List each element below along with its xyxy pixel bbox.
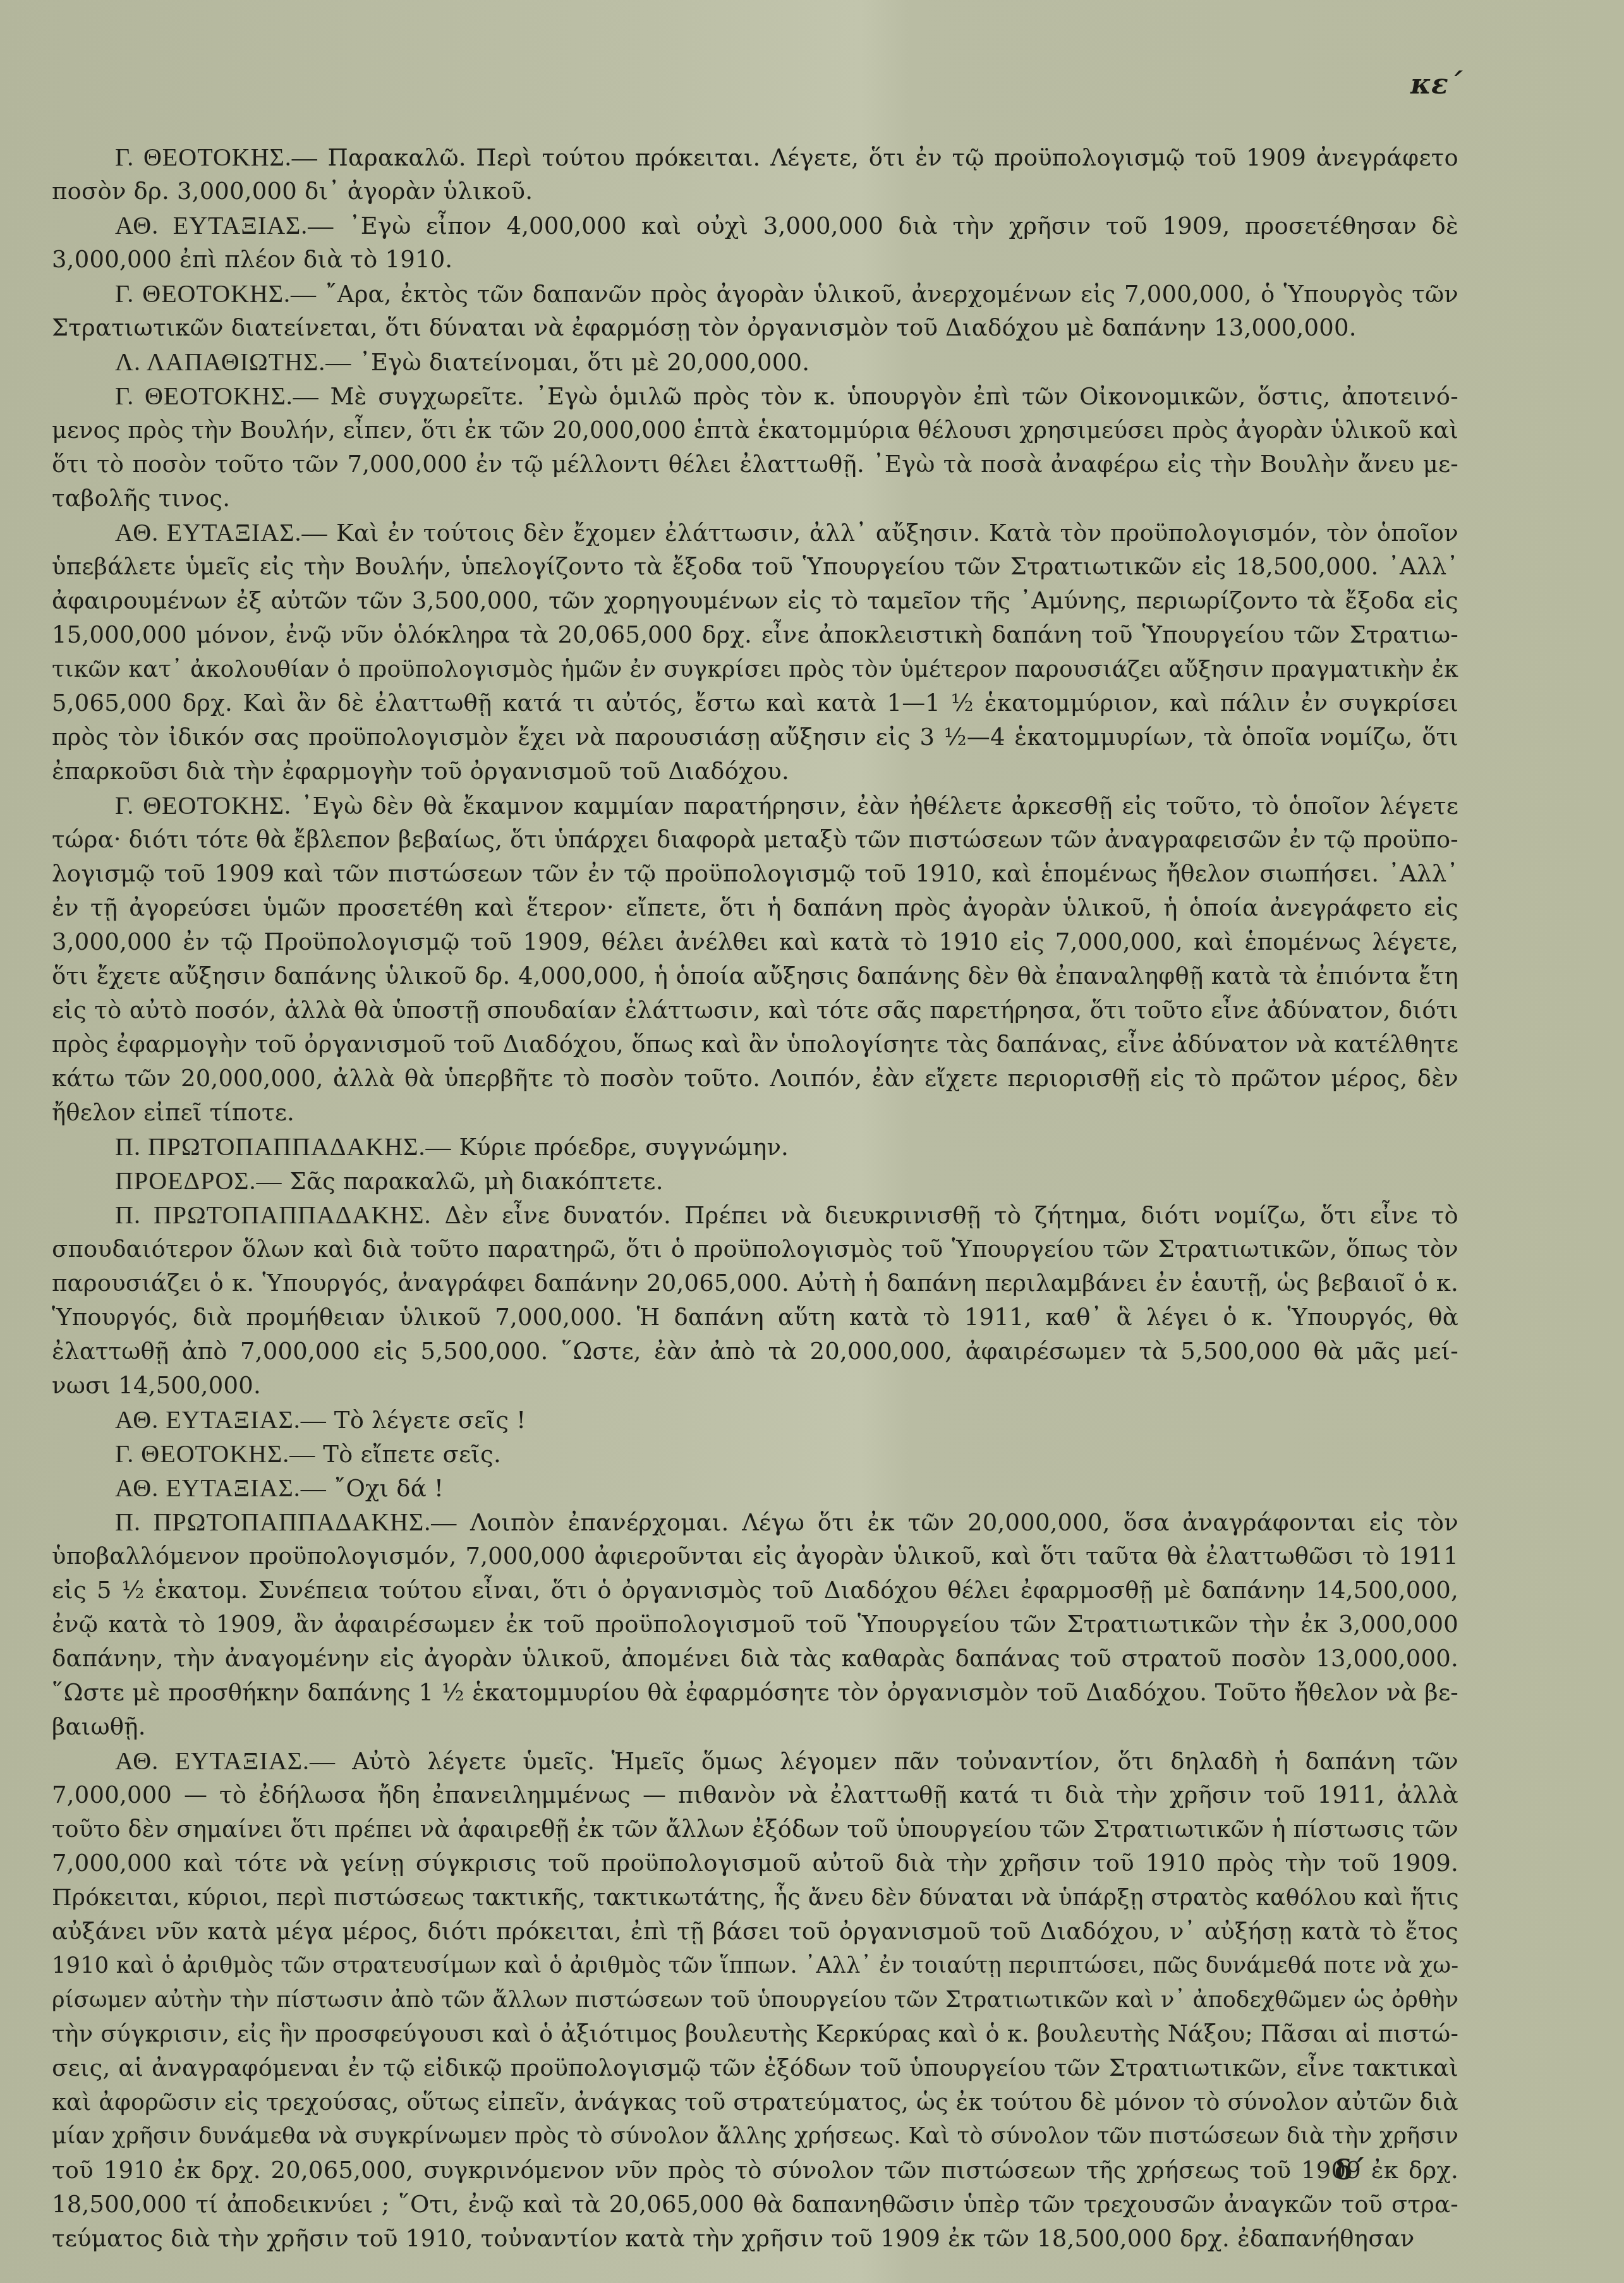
text-line: Γ. ΘΕΟΤΟΚΗΣ.— Μὲ συγχωρεῖτε. ᾿Εγὼ ὁμιλῶ … xyxy=(52,379,1458,413)
line-text: 7,000,000 — τὸ ἐδήλωσα ἤδη ἐπανειλημμένω… xyxy=(52,1781,1458,1808)
text-line: ὑποβαλλόμενον προϋπολογισμόν, 7,000,000 … xyxy=(52,1539,1458,1573)
line-text: κάτω τῶν 20,000,000, ἀλλὰ θὰ ὑπερβῆτε τὸ… xyxy=(52,1065,1458,1092)
text-line: λογισμῷ τοῦ 1909 καὶ τῶν πιστώσεων τῶν ἐ… xyxy=(52,857,1458,891)
text-line: ὅτι ἔχετε αὔξησιν δαπάνης ὑλικοῦ δρ. 4,0… xyxy=(52,959,1458,993)
text-line: ἐν τῇ ἀγορεύσει ὑμῶν προσετέθη καὶ ἕτερο… xyxy=(52,891,1458,925)
text-line: ὑπεβάλετε ὑμεῖς εἰς τὴν Βουλήν, ὑπελογίζ… xyxy=(52,550,1458,584)
speech-paragraph: Γ. ΘΕΟΤΟΚΗΣ.— Τὸ εἴπετε σεῖς. xyxy=(52,1437,1458,1471)
text-line: σεις, αἱ ἀναγραφόμεναι ἐν τῷ εἰδικῷ προϋ… xyxy=(52,2051,1458,2085)
line-text: 15,000,000 μόνον, ἐνῷ νῦν ὁλόκληρα τὰ 20… xyxy=(52,621,1458,648)
line-text: ἐνῷ κατὰ τὸ 1909, ἂν ἀφαιρέσωμεν ἐκ τοῦ … xyxy=(52,1611,1458,1638)
line-text: Ὑπουργός, διὰ προμήθειαν ὑλικοῦ 7,000,00… xyxy=(52,1304,1458,1331)
line-text: ὅτι τὸ ποσὸν τοῦτο τῶν 7,000,000 ἐν τῷ μ… xyxy=(52,451,1458,478)
speaker-name: ΑΘ. ΕΥΤΑΞΙΑΣ.— xyxy=(115,211,334,239)
line-text: σεις, αἱ ἀναγραφόμεναι ἐν τῷ εἰδικῷ προϋ… xyxy=(52,2054,1458,2081)
speech-paragraph: ΑΘ. ΕΥΤΑΞΙΑΣ.— ῎Οχι δά ! xyxy=(52,1471,1458,1505)
line-text: τοῦ 1910 ἐκ δρχ. 20,065,000, συγκρινόμεν… xyxy=(52,2157,1458,2184)
line-text: εἰς 5 ½ ἑκατομ. Συνέπεια τούτου εἶναι, ὅ… xyxy=(52,1577,1458,1604)
line-text: νωσι 14,500,000. xyxy=(52,1372,261,1399)
speech-paragraph: Π. ΠΡΩΤΟΠΑΠΠΑΔΑΚΗΣ. Δὲν εἶνε δυνατόν. Πρ… xyxy=(52,1198,1458,1403)
line-text: ᾿Εγὼ εἶπον 4,000,000 καὶ οὐχὶ 3,000,000 … xyxy=(349,212,1458,239)
line-text: τεύματος διὰ τὴν χρῆσιν τοῦ 1910, τοὐναν… xyxy=(52,2225,1415,2252)
line-text: Κύριε πρόεδρε, συγγνώμην. xyxy=(459,1134,789,1161)
page-number: κε΄ xyxy=(1410,68,1462,100)
text-line: μίαν χρῆσιν δυνάμεθα νὰ συγκρίνωμεν πρὸς… xyxy=(52,2119,1458,2153)
line-text: Παρακαλῶ. Περὶ τούτου πρόκειται. Λέγετε,… xyxy=(327,144,1458,171)
text-line: μενος πρὸς τὴν Βουλήν, εἶπεν, ὅτι ἐκ τῶν… xyxy=(52,413,1458,447)
text-line: αὐξάνει νῦν κατὰ μέγα μέρος, διότι πρόκε… xyxy=(52,1915,1458,1949)
text-line: Στρατιωτικῶν διατείνεται, ὅτι δύναται νὰ… xyxy=(52,311,1458,345)
text-line: ἐλαττωθῇ ἀπὸ 7,000,000 εἰς 5,500,000. ῞Ω… xyxy=(52,1335,1458,1369)
text-line: κάτω τῶν 20,000,000, ἀλλὰ θὰ ὑπερβῆτε τὸ… xyxy=(52,1062,1458,1096)
line-text: 5,065,000 δρχ. Καὶ ἂν δὲ ἐλαττωθῇ κατά τ… xyxy=(52,689,1458,717)
line-text: Αὐτὸ λέγετε ὑμεῖς. Ἡμεῖς ὅμως λέγομεν πᾶ… xyxy=(352,1748,1458,1775)
line-text: ἀφαιρουμένων ἐξ αὐτῶν τῶν 3,500,000, τῶν… xyxy=(52,587,1458,614)
line-text: τὴν σύγκρισιν, εἰς ἣν προσφεύγουσι καὶ ὁ… xyxy=(52,2020,1458,2047)
line-text: 3,000,000 ἐπὶ πλέον διὰ τὸ 1910. xyxy=(52,246,452,273)
text-line: ΠΡΟΕΔΡΟΣ.— Σᾶς παρακαλῶ, μὴ διακόπτετε. xyxy=(52,1164,1458,1198)
text-line: ταβολῆς τινος. xyxy=(52,481,1458,516)
speaker-name: Λ. ΛΑΠΑΘΙΩΤΗΣ.— xyxy=(115,348,351,376)
text-line: ποσὸν δρ. 3,000,000 δι᾿ ἀγορὰν ὑλικοῦ. xyxy=(52,174,1458,209)
line-text: παρουσιάζει ὁ κ. Ὑπουργός, ἀναγράφει δαπ… xyxy=(52,1269,1458,1297)
text-line: σπουδαιότερον ὅλων καὶ διὰ τοῦτο παρατηρ… xyxy=(52,1232,1458,1266)
text-line: 15,000,000 μόνον, ἐνῷ νῦν ὁλόκληρα τὰ 20… xyxy=(52,618,1458,652)
line-text: Μὲ συγχωρεῖτε. ᾿Εγὼ ὁμιλῶ πρὸς τὸν κ. ὑπ… xyxy=(330,383,1459,410)
text-line: εἰς 5 ½ ἑκατομ. Συνέπεια τούτου εἶναι, ὅ… xyxy=(52,1573,1458,1608)
text-line: ΑΘ. ΕΥΤΑΞΙΑΣ.— Καὶ ἐν τούτοις δὲν ἔχομεν… xyxy=(52,516,1458,550)
text-line: Γ. ΘΕΟΤΟΚΗΣ.— ῎Αρα, ἐκτὸς τῶν δαπανῶν πρ… xyxy=(52,277,1458,311)
line-text: ἐλαττωθῇ ἀπὸ 7,000,000 εἰς 5,500,000. ῞Ω… xyxy=(52,1338,1458,1365)
speech-paragraph: ΑΘ. ΕΥΤΑΞΙΑΣ.— Τὸ λέγετε σεῖς ! xyxy=(52,1403,1458,1437)
line-text: ᾿Εγὼ διατείνομαι, ὅτι μὲ 20,000,000. xyxy=(359,349,809,376)
text-line: εἰς τὸ αὐτὸ ποσόν, ἀλλὰ θὰ ὑποστῇ σπουδα… xyxy=(52,993,1458,1027)
line-text: πρὸς ἐφαρμογὴν τοῦ ὀργανισμοῦ τοῦ Διαδόχ… xyxy=(52,1031,1458,1058)
signature-mark: δ΄ xyxy=(1335,2155,1366,2186)
speaker-name: Π. ΠΡΩΤΟΠΑΠΠΑΔΑΚΗΣ.— xyxy=(115,1508,457,1536)
text-line: καὶ ἀφορῶσιν εἰς τρεχούσας, οὕτως εἰπεῖν… xyxy=(52,2085,1458,2119)
line-text: ἤθελον εἰπεῖ τίποτε. xyxy=(52,1099,294,1126)
speech-paragraph: Π. ΠΡΩΤΟΠΑΠΠΑΔΑΚΗΣ.— Λοιπὸν ἐπανέρχομαι.… xyxy=(52,1505,1458,1744)
line-text: ὅτι ἔχετε αὔξησιν δαπάνης ὑλικοῦ δρ. 4,0… xyxy=(52,962,1458,990)
speaker-name: ΑΘ. ΕΥΤΑΞΙΑΣ.— xyxy=(115,1405,327,1434)
line-text: καὶ ἀφορῶσιν εἰς τρεχούσας, οὕτως εἰπεῖν… xyxy=(52,2088,1458,2116)
line-text: εἰς τὸ αὐτὸ ποσόν, ἀλλὰ θὰ ὑποστῇ σπουδα… xyxy=(52,996,1458,1024)
text-line: παρουσιάζει ὁ κ. Ὑπουργός, ἀναγράφει δαπ… xyxy=(52,1266,1458,1300)
line-text: Καὶ ἐν τούτοις δὲν ἔχομεν ἐλάττωσιν, ἀλλ… xyxy=(336,519,1458,547)
text-line: τοῦτο δὲν σημαίνει ὅτι πρέπει νὰ ἀφαιρεθ… xyxy=(52,1812,1458,1846)
text-line: τοῦ 1910 ἐκ δρχ. 20,065,000, συγκρινόμεν… xyxy=(52,2153,1458,2188)
line-text: ποσὸν δρ. 3,000,000 δι᾿ ἀγορὰν ὑλικοῦ. xyxy=(52,178,533,205)
line-text: Λοιπὸν ἐπανέρχομαι. Λέγω ὅτι ἐκ τῶν 20,0… xyxy=(470,1509,1458,1536)
line-text: ταβολῆς τινος. xyxy=(52,485,230,512)
document-body: Γ. ΘΕΟΤΟΚΗΣ.— Παρακαλῶ. Περὶ τούτου πρόκ… xyxy=(52,140,1458,2256)
line-text: λογισμῷ τοῦ 1909 καὶ τῶν πιστώσεων τῶν ἐ… xyxy=(52,860,1458,887)
text-line: πρὸς ἐφαρμογὴν τοῦ ὀργανισμοῦ τοῦ Διαδόχ… xyxy=(52,1027,1458,1062)
speech-paragraph: Γ. ΘΕΟΤΟΚΗΣ.— Μὲ συγχωρεῖτε. ᾿Εγὼ ὁμιλῶ … xyxy=(52,379,1458,516)
speaker-name: Π. ΠΡΩΤΟΠΑΠΠΑΔΑΚΗΣ. xyxy=(115,1201,431,1229)
line-text: Τὸ εἴπετε σεῖς. xyxy=(323,1441,501,1468)
speaker-name: ΑΘ. ΕΥΤΑΞΙΑΣ.— xyxy=(115,1474,327,1502)
line-text: Στρατιωτικῶν διατείνεται, ὅτι δύναται νὰ… xyxy=(52,314,1357,341)
line-text: ῞Ωστε μὲ προσθήκην δαπάνης 1 ½ ἑκατομμυρ… xyxy=(52,1679,1458,1706)
line-text: Δὲν εἶνε δυνατόν. Πρέπει νὰ διευκρινισθῇ… xyxy=(444,1202,1458,1229)
text-line: 7,000,000 καὶ τότε νὰ γείνῃ σύγκρισις το… xyxy=(52,1846,1458,1880)
text-line: Γ. ΘΕΟΤΟΚΗΣ.— Τὸ εἴπετε σεῖς. xyxy=(52,1437,1458,1471)
line-text: τικῶν κατ᾿ ἀκολουθίαν ὁ προϋπολογισμὸς ἡ… xyxy=(52,655,1458,682)
line-text: Πρόκειται, κύριοι, περὶ πιστώσεως τακτικ… xyxy=(52,1884,1459,1911)
text-line: τὴν σύγκρισιν, εἰς ἣν προσφεύγουσι καὶ ὁ… xyxy=(52,2017,1458,2051)
text-line: πρὸς τὸν ἰδικόν σας προϋπολογισμὸν ἔχει … xyxy=(52,720,1458,754)
line-text: βαιωθῇ. xyxy=(52,1713,146,1740)
text-line: ΑΘ. ΕΥΤΑΞΙΑΣ.— ᾿Εγὼ εἶπον 4,000,000 καὶ … xyxy=(52,209,1458,243)
line-text: 1910 καὶ ὁ ἀριθμὸς τῶν στρατευσίμων καὶ … xyxy=(52,1953,1458,1978)
line-text: 7,000,000 καὶ τότε νὰ γείνῃ σύγκρισις το… xyxy=(52,1850,1458,1877)
text-line: ἐπαρκοῦσι διὰ τὴν ἐφαρμογὴν τοῦ ὀργανισμ… xyxy=(52,754,1458,789)
line-text: αὐξάνει νῦν κατὰ μέγα μέρος, διότι πρόκε… xyxy=(52,1918,1458,1945)
text-line: Π. ΠΡΩΤΟΠΑΠΠΑΔΑΚΗΣ. Δὲν εἶνε δυνατόν. Πρ… xyxy=(52,1198,1458,1232)
text-line: Π. ΠΡΩΤΟΠΑΠΠΑΔΑΚΗΣ.— Λοιπὸν ἐπανέρχομαι.… xyxy=(52,1505,1458,1539)
speech-paragraph: Π. ΠΡΩΤΟΠΑΠΠΑΔΑΚΗΣ.— Κύριε πρόεδρε, συγγ… xyxy=(52,1130,1458,1164)
speaker-name: ΑΘ. ΕΥΤΑΞΙΑΣ.— xyxy=(115,518,327,547)
text-line: βαιωθῇ. xyxy=(52,1710,1458,1744)
text-line: τικῶν κατ᾿ ἀκολουθίαν ὁ προϋπολογισμὸς ἡ… xyxy=(52,652,1458,686)
speech-paragraph: Γ. ΘΕΟΤΟΚΗΣ.— ῎Αρα, ἐκτὸς τῶν δαπανῶν πρ… xyxy=(52,277,1458,345)
line-text: ἐν τῇ ἀγορεύσει ὑμῶν προσετέθη καὶ ἕτερο… xyxy=(52,894,1458,921)
text-line: ἀφαιρουμένων ἐξ αὐτῶν τῶν 3,500,000, τῶν… xyxy=(52,584,1458,618)
text-line: Π. ΠΡΩΤΟΠΑΠΠΑΔΑΚΗΣ.— Κύριε πρόεδρε, συγγ… xyxy=(52,1130,1458,1164)
text-line: ΑΘ. ΕΥΤΑΞΙΑΣ.— Αὐτὸ λέγετε ὑμεῖς. Ἡμεῖς … xyxy=(52,1744,1458,1778)
speaker-name: Γ. ΘΕΟΤΟΚΗΣ.— xyxy=(115,143,318,171)
speaker-name: Γ. ΘΕΟΤΟΚΗΣ.— xyxy=(115,1439,315,1468)
line-text: ὑπεβάλετε ὑμεῖς εἰς τὴν Βουλήν, ὑπελογίζ… xyxy=(52,553,1458,580)
text-line: 18,500,000 τί ἀποδεικνύει ; ῞Οτι, ἐνῷ κα… xyxy=(52,2188,1458,2222)
line-text: ἐπαρκοῦσι διὰ τὴν ἐφαρμογὴν τοῦ ὀργανισμ… xyxy=(52,758,789,785)
speech-paragraph: ΑΘ. ΕΥΤΑΞΙΑΣ.— Καὶ ἐν τούτοις δὲν ἔχομεν… xyxy=(52,516,1458,789)
speaker-name: ΠΡΟΕΔΡΟΣ.— xyxy=(115,1166,282,1195)
line-text: Σᾶς παρακαλῶ, μὴ διακόπτετε. xyxy=(290,1168,664,1195)
text-line: Ὑπουργός, διὰ προμήθειαν ὑλικοῦ 7,000,00… xyxy=(52,1300,1458,1335)
line-text: τώρα· διότι τότε θὰ ἔβλεπον βεβαίως, ὅτι… xyxy=(52,826,1458,853)
line-text: 3,000,000 ἐν τῷ Προϋπολογισμῷ τοῦ 1909, … xyxy=(52,928,1458,955)
text-line: 7,000,000 — τὸ ἐδήλωσα ἤδη ἐπανειλημμένω… xyxy=(52,1778,1458,1812)
text-line: ἤθελον εἰπεῖ τίποτε. xyxy=(52,1096,1458,1130)
speech-paragraph: Λ. ΛΑΠΑΘΙΩΤΗΣ.— ᾿Εγὼ διατείνομαι, ὅτι μὲ… xyxy=(52,345,1458,379)
text-line: ὅτι τὸ ποσὸν τοῦτο τῶν 7,000,000 ἐν τῷ μ… xyxy=(52,447,1458,481)
text-line: Γ. ΘΕΟΤΟΚΗΣ.— Παρακαλῶ. Περὶ τούτου πρόκ… xyxy=(52,140,1458,174)
line-text: πρὸς τὸν ἰδικόν σας προϋπολογισμὸν ἔχει … xyxy=(52,724,1458,751)
line-text: μενος πρὸς τὴν Βουλήν, εἶπεν, ὅτι ἐκ τῶν… xyxy=(52,416,1458,444)
line-text: μίαν χρῆσιν δυνάμεθα νὰ συγκρίνωμεν πρὸς… xyxy=(52,2123,1458,2149)
line-text: ῎Οχι δά ! xyxy=(334,1475,444,1502)
line-text: ρίσωμεν αὐτὴν τὴν πίστωσιν ἀπὸ τῶν ἄλλων… xyxy=(52,1987,1458,2013)
text-line: τεύματος διὰ τὴν χρῆσιν τοῦ 1910, τοὐναν… xyxy=(52,2222,1458,2256)
text-line: νωσι 14,500,000. xyxy=(52,1369,1458,1403)
speaker-name: Π. ΠΡΩΤΟΠΑΠΠΑΔΑΚΗΣ.— xyxy=(115,1132,451,1161)
text-line: ἐνῷ κατὰ τὸ 1909, ἂν ἀφαιρέσωμεν ἐκ τοῦ … xyxy=(52,1608,1458,1642)
line-text: 18,500,000 τί ἀποδεικνύει ; ῞Οτι, ἐνῷ κα… xyxy=(52,2191,1458,2218)
line-text: ῎Αρα, ἐκτὸς τῶν δαπανῶν πρὸς ἀγορὰν ὑλικ… xyxy=(325,281,1458,308)
text-line: Πρόκειται, κύριοι, περὶ πιστώσεως τακτικ… xyxy=(52,1880,1458,1915)
text-line: ΑΘ. ΕΥΤΑΞΙΑΣ.— Τὸ λέγετε σεῖς ! xyxy=(52,1403,1458,1437)
speech-paragraph: Γ. ΘΕΟΤΟΚΗΣ.— Παρακαλῶ. Περὶ τούτου πρόκ… xyxy=(52,140,1458,209)
line-text: Τὸ λέγετε σεῖς ! xyxy=(334,1407,526,1434)
speech-paragraph: ΑΘ. ΕΥΤΑΞΙΑΣ.— ᾿Εγὼ εἶπον 4,000,000 καὶ … xyxy=(52,209,1458,277)
text-line: Γ. ΘΕΟΤΟΚΗΣ. ᾿Εγὼ δὲν θὰ ἔκαμνον καμμίαν… xyxy=(52,789,1458,823)
line-text: ὑποβαλλόμενον προϋπολογισμόν, 7,000,000 … xyxy=(52,1542,1458,1570)
text-line: δαπάνην, τὴν ἀναγομένην εἰς ἀγορὰν ὑλικο… xyxy=(52,1642,1458,1676)
text-line: ρίσωμεν αὐτὴν τὴν πίστωσιν ἀπὸ τῶν ἄλλων… xyxy=(52,1983,1458,2017)
text-line: 3,000,000 ἐπὶ πλέον διὰ τὸ 1910. xyxy=(52,243,1458,277)
speaker-name: Γ. ΘΕΟΤΟΚΗΣ.— xyxy=(115,382,319,410)
line-text: τοῦτο δὲν σημαίνει ὅτι πρέπει νὰ ἀφαιρεθ… xyxy=(52,1815,1458,1843)
text-line: 1910 καὶ ὁ ἀριθμὸς τῶν στρατευσίμων καὶ … xyxy=(52,1949,1458,1983)
speaker-name: Γ. ΘΕΟΤΟΚΗΣ. xyxy=(115,791,291,820)
speech-paragraph: ΑΘ. ΕΥΤΑΞΙΑΣ.— Αὐτὸ λέγετε ὑμεῖς. Ἡμεῖς … xyxy=(52,1744,1458,2256)
line-text: δαπάνην, τὴν ἀναγομένην εἰς ἀγορὰν ὑλικο… xyxy=(52,1645,1458,1672)
speaker-name: ΑΘ. ΕΥΤΑΞΙΑΣ.— xyxy=(115,1747,336,1775)
speaker-name: Γ. ΘΕΟΤΟΚΗΣ.— xyxy=(115,279,317,308)
text-line: ΑΘ. ΕΥΤΑΞΙΑΣ.— ῎Οχι δά ! xyxy=(52,1471,1458,1505)
text-line: 5,065,000 δρχ. Καὶ ἂν δὲ ἐλαττωθῇ κατά τ… xyxy=(52,686,1458,720)
text-line: Λ. ΛΑΠΑΘΙΩΤΗΣ.— ᾿Εγὼ διατείνομαι, ὅτι μὲ… xyxy=(52,345,1458,379)
speech-paragraph: Γ. ΘΕΟΤΟΚΗΣ. ᾿Εγὼ δὲν θὰ ἔκαμνον καμμίαν… xyxy=(52,789,1458,1130)
speech-paragraph: ΠΡΟΕΔΡΟΣ.— Σᾶς παρακαλῶ, μὴ διακόπτετε. xyxy=(52,1164,1458,1198)
line-text: σπουδαιότερον ὅλων καὶ διὰ τοῦτο παρατηρ… xyxy=(52,1235,1458,1263)
text-line: τώρα· διότι τότε θὰ ἔβλεπον βεβαίως, ὅτι… xyxy=(52,823,1458,857)
line-text: ᾿Εγὼ δὲν θὰ ἔκαμνον καμμίαν παρατήρησιν,… xyxy=(301,792,1458,820)
text-line: ῞Ωστε μὲ προσθήκην δαπάνης 1 ½ ἑκατομμυρ… xyxy=(52,1676,1458,1710)
text-line: 3,000,000 ἐν τῷ Προϋπολογισμῷ τοῦ 1909, … xyxy=(52,925,1458,959)
